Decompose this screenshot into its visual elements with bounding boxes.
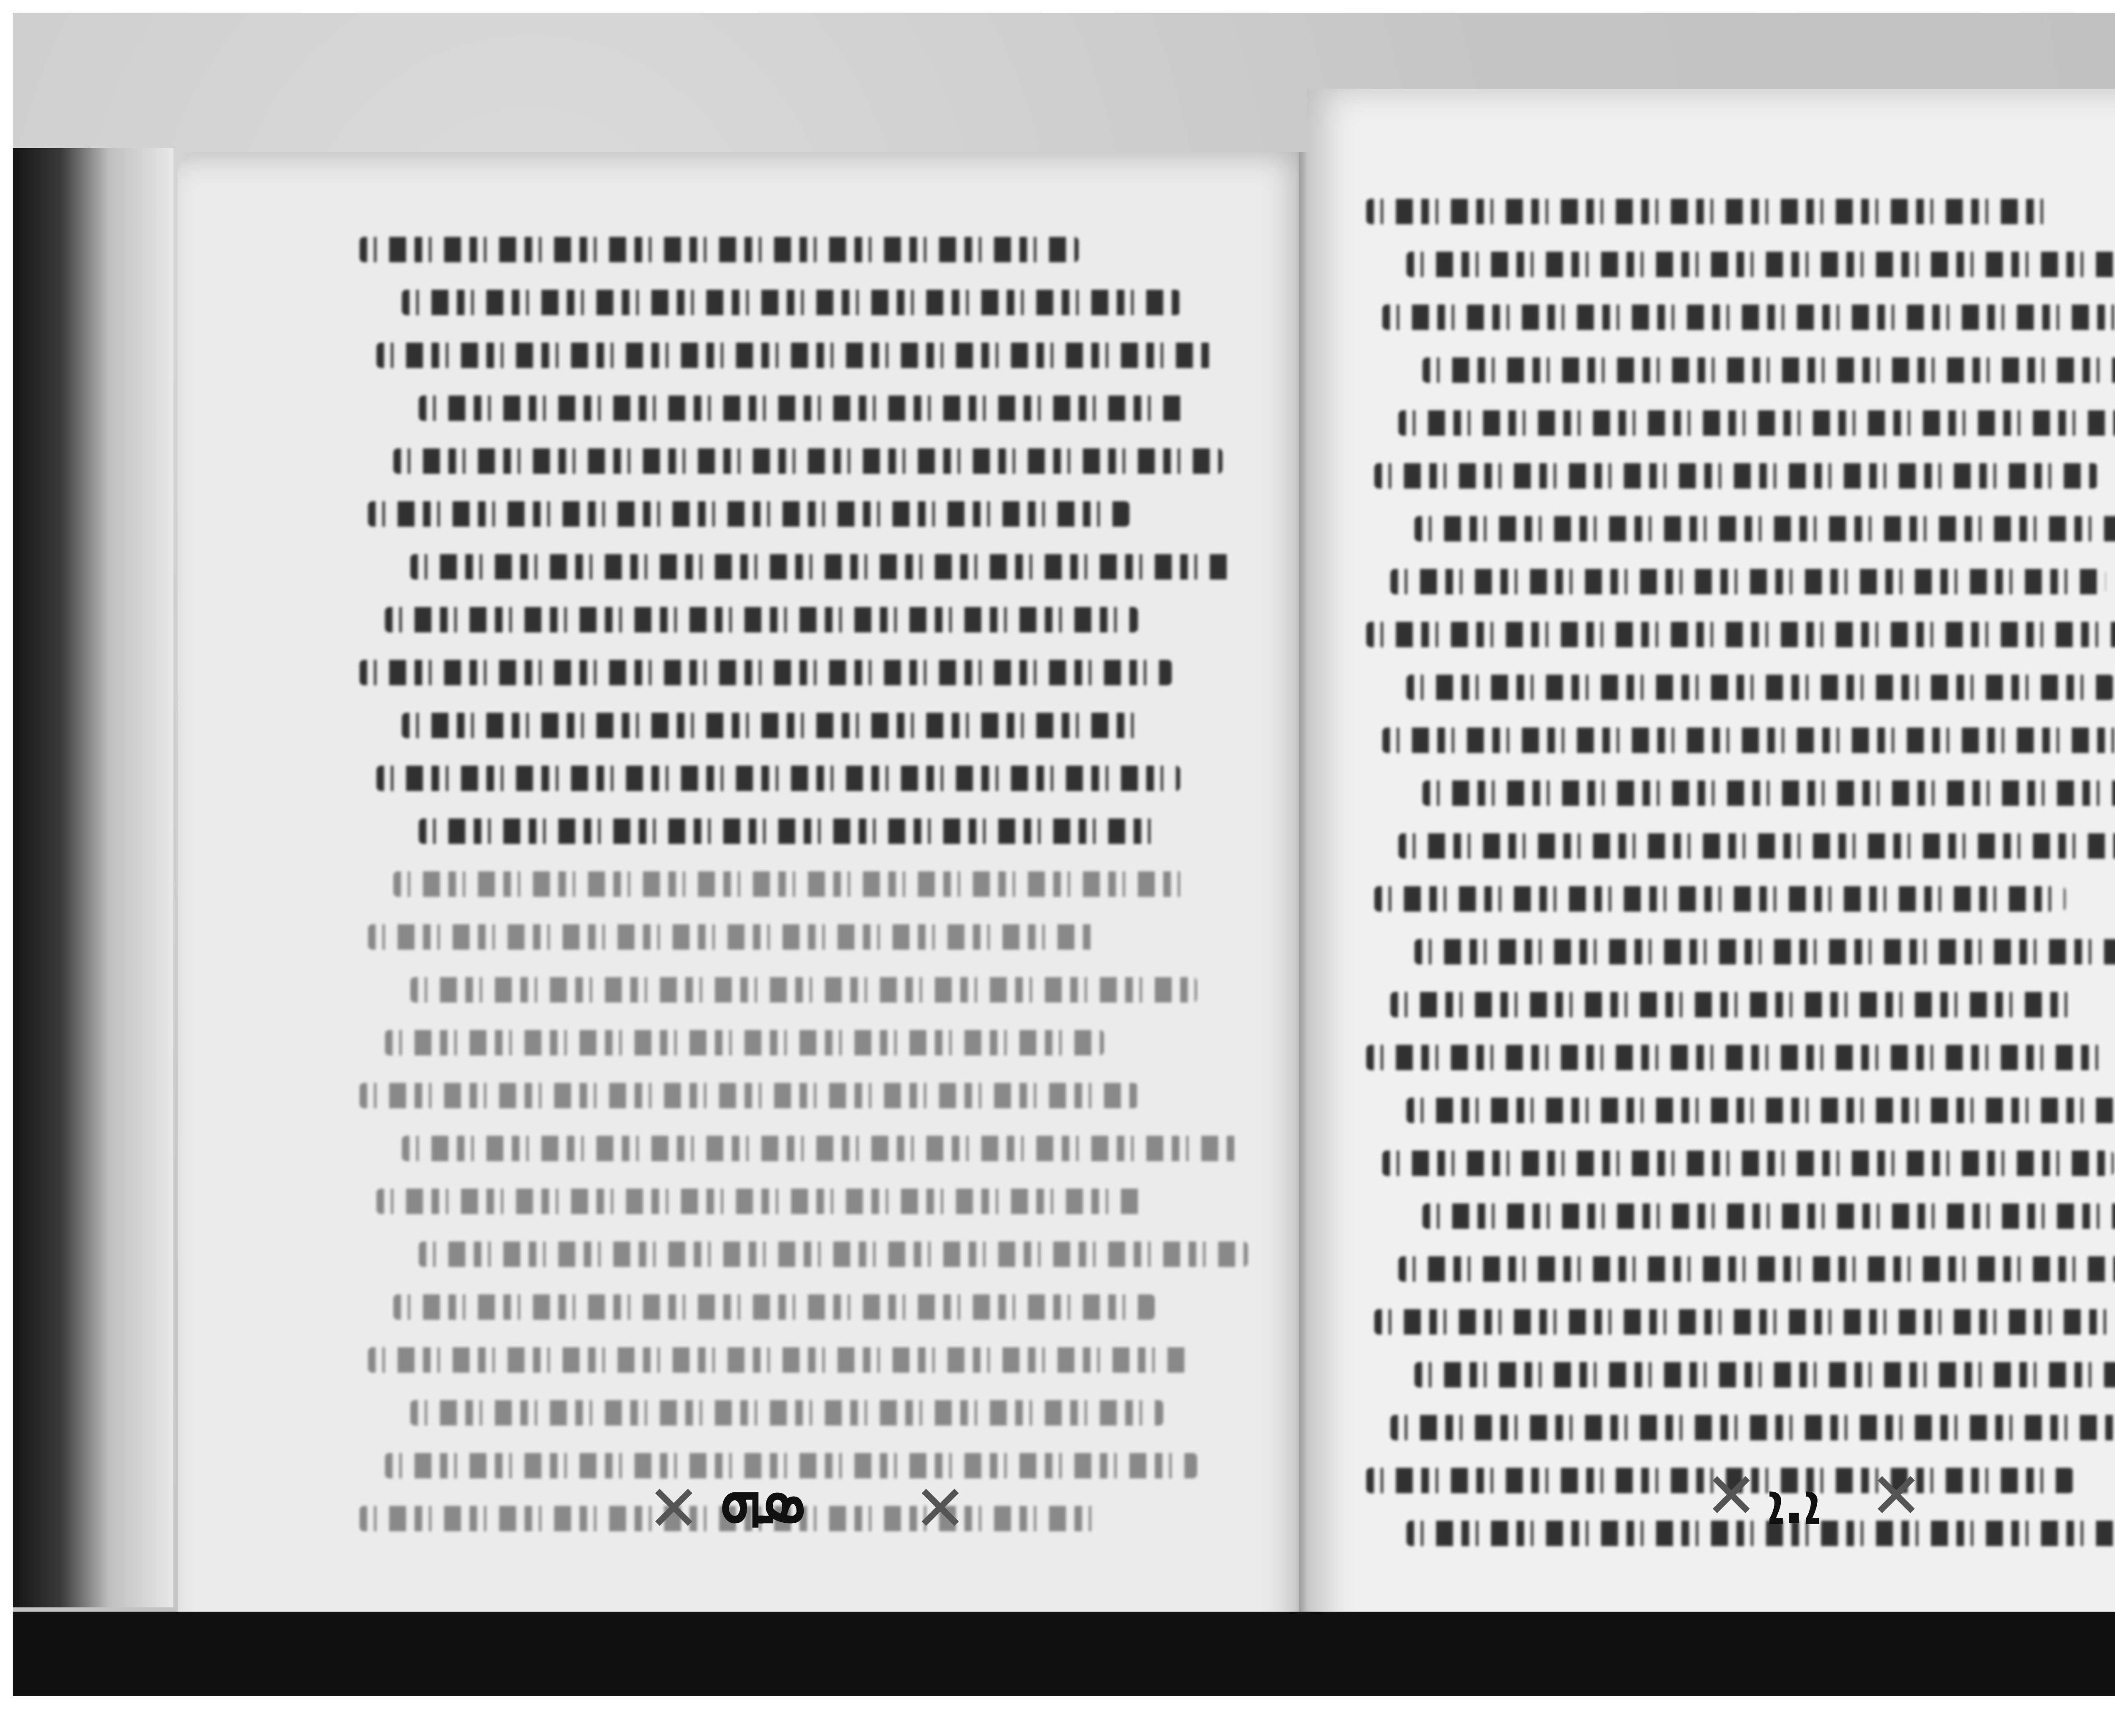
manuscript-text-line (393, 448, 1222, 474)
manuscript-text-line (1423, 1203, 2115, 1229)
manuscript-text-line (1398, 1256, 2115, 1282)
manuscript-text-line (393, 871, 1189, 897)
manuscript-text-line (419, 819, 1155, 844)
manuscript-text-line (402, 1136, 1239, 1161)
manuscript-text-line (1366, 1045, 2106, 1070)
manuscript-text-line (1415, 939, 2115, 964)
manuscript-text-line (368, 501, 1129, 527)
manuscript-text-line (385, 607, 1138, 632)
manuscript-text-line (1423, 780, 2115, 806)
folio-marker-left: ܣܗ (719, 1459, 806, 1539)
manuscript-text-line (1374, 1309, 2115, 1335)
manuscript-text-line (1398, 833, 2115, 859)
manuscript-text-line (385, 1030, 1104, 1055)
book-binding-left (13, 148, 173, 1607)
left-page-text-block (360, 237, 1206, 1559)
manuscript-text-line (402, 290, 1180, 315)
table-shadow (13, 1612, 2115, 1696)
manuscript-text-line (376, 343, 1214, 368)
manuscript-text-line (360, 660, 1172, 685)
manuscript-text-line (410, 554, 1231, 580)
manuscript-text-line (410, 1400, 1163, 1426)
right-page-text-block (1366, 199, 2115, 1574)
manuscript-text-line (1374, 886, 2066, 912)
manuscript-text-line (1382, 1151, 2114, 1176)
manuscript-text-line (1366, 199, 2049, 224)
manuscript-text-line (1406, 675, 2114, 700)
manuscript-text-line (368, 924, 1096, 950)
manuscript-text-line (1390, 1415, 2115, 1440)
manuscript-text-line (419, 1242, 1248, 1267)
manuscript-text-line (1398, 410, 2115, 436)
manuscript-text-line (1423, 357, 2115, 383)
manuscript-text-line (360, 237, 1079, 262)
manuscript-text-line (393, 1294, 1155, 1320)
folio-marker-right: ܐ.ܐ (1768, 1472, 1820, 1537)
manuscript-text-line (1406, 252, 2115, 277)
manuscript-text-line (410, 977, 1197, 1003)
manuscript-text-line (1406, 1521, 2115, 1546)
manuscript-text-line (360, 1083, 1138, 1108)
manuscript-text-line (1366, 622, 2115, 647)
manuscript-text-line (1382, 728, 2115, 753)
manuscript-text-line (1374, 463, 2098, 489)
manuscript-text-line (1415, 1362, 2115, 1387)
manuscript-text-line (1415, 516, 2115, 541)
manuscript-text-line (376, 1189, 1146, 1214)
manuscript-text-line (1382, 305, 2115, 330)
ornament-cross-icon: ✕ (1870, 1459, 1923, 1533)
manuscript-text-line (402, 713, 1146, 738)
manuscript-text-line (376, 766, 1180, 791)
ornament-cross-icon: ✕ (914, 1472, 967, 1546)
manuscript-text-line (1390, 992, 2074, 1017)
manuscript-text-line (1406, 1098, 2115, 1123)
manuscript-text-line (368, 1347, 1189, 1373)
ornament-cross-icon: ✕ (647, 1472, 700, 1546)
ornament-cross-icon: ✕ (1705, 1459, 1758, 1533)
manuscript-text-line (1390, 569, 2106, 594)
manuscript-text-line (419, 396, 1189, 421)
